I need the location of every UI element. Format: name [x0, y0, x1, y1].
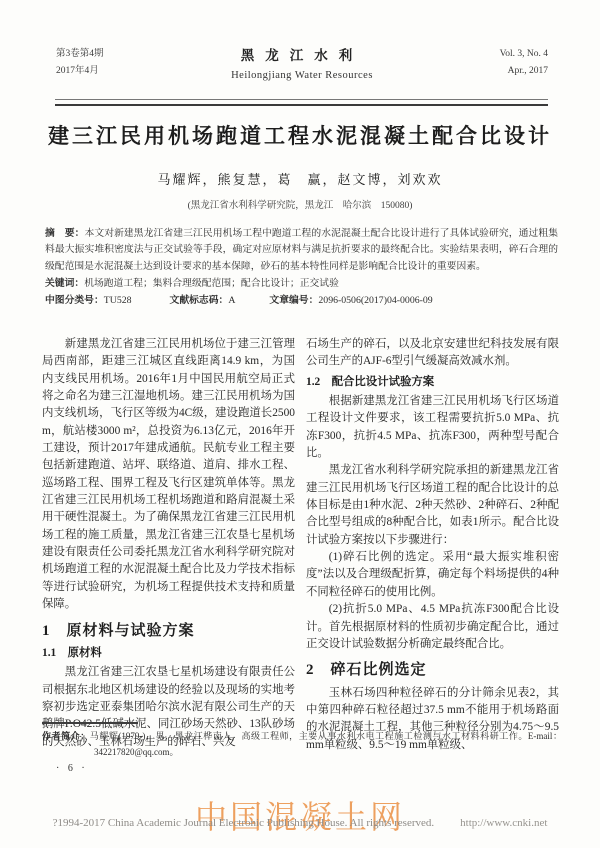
- footnote-divider-rule: [42, 722, 138, 724]
- cnki-url: http://www.cnki.net: [460, 817, 547, 829]
- volume-number-en: Vol. 3, No. 4: [500, 46, 548, 63]
- author-list: 马耀辉，熊复慧，葛 赢，赵文博，刘欢欢: [20, 169, 580, 188]
- cnki-watermark: 中国混凝土网: [0, 792, 600, 838]
- doc-code-value: A: [228, 295, 235, 306]
- design-goal-paragraph: 黑龙江省水利科学研究院承担的新建黑龙江省建三江民用机场飞行区场道工程的配合比设计…: [306, 462, 559, 549]
- article-meta-block: 摘 要：本文对新建黑龙江省建三江民用机场工程中跑道工程的水泥混凝土配合比设计进行…: [45, 226, 558, 309]
- left-column: 新建黑龙江省建三江民用机场位于建三江管理局西南部，距建三江城区直线距离14.9 …: [42, 336, 295, 722]
- keywords-text: 机场跑道工程；集料合理级配范围；配合比设计；正交试验: [84, 278, 339, 289]
- clc-pair: 中图分类号：TU528: [45, 293, 132, 309]
- section-1-heading: 1 原材料与试验方案: [42, 623, 295, 640]
- intro-paragraph: 新建黑龙江省建三江民用机场位于建三江管理局西南部，距建三江城区直线距离14.9 …: [42, 336, 295, 614]
- step-2-paragraph: (2)抗折5.0 MPa、4.5 MPa抗冻F300配合比设计。首先根据原材料的…: [306, 601, 559, 653]
- clc-label: 中图分类号：: [45, 295, 104, 306]
- journal-title-cn: 黑龙江水利: [56, 44, 548, 64]
- article-id-value: 2096-0506(2017)04-0006-09: [318, 295, 432, 306]
- abstract-text: 本文对新建黑龙江省建三江民用机场工程中跑道工程的水泥混凝土配合比设计进行了具体试…: [45, 228, 558, 272]
- volume-info-en: Vol. 3, No. 4 Apr., 2017: [500, 46, 548, 80]
- step-1-paragraph: (1)碎石比例的选定。采用“最大振实堆积密度”法以及合理级配折算，确定每个料场提…: [306, 549, 559, 601]
- doc-code-pair: 文献标志码：A: [170, 293, 236, 309]
- author-bio-footnote: 作者简介：马耀辉(1979-)，男，黑龙江桦南人，高级工程师，主要从事水利水电工…: [42, 729, 562, 760]
- journal-masthead: 第3卷第4期 2017年4月 黑龙江水利 Heilongjiang Water …: [56, 42, 548, 96]
- body-columns: 新建黑龙江省建三江民用机场位于建三江管理局西南部，距建三江城区直线距离14.9 …: [42, 336, 559, 722]
- materials-paragraph-continued: 石场生产的碎石，以及北京安建世纪科技发展有限公司生产的AJF-6型引气缓凝高效减…: [306, 336, 559, 371]
- design-requirements-paragraph: 根据新建黑龙江省建三江民用机场飞行区场道工程设计文件要求，该工程需要抗折5.0 …: [306, 393, 559, 462]
- journal-title-en: Heilongjiang Water Resources: [56, 70, 548, 81]
- keywords-label: 关键词：: [45, 278, 84, 289]
- author-affiliation: (黑龙江省水利科学研究院，黑龙江 哈尔滨 150080): [20, 197, 580, 211]
- author-bio-label: 作者简介：: [42, 731, 90, 741]
- journal-title-block: 黑龙江水利 Heilongjiang Water Resources: [56, 44, 548, 81]
- section-1-1-heading: 1.1 原材料: [42, 645, 295, 662]
- abstract: 摘 要：本文对新建黑龙江省建三江民用机场工程中跑道工程的水泥混凝土配合比设计进行…: [45, 226, 558, 275]
- clc-value: TU528: [104, 295, 132, 306]
- copyright-text: ?1994-2017 China Academic Journal Electr…: [53, 817, 435, 829]
- doc-code-label: 文献标志码：: [170, 295, 229, 306]
- issue-date-en: Apr., 2017: [500, 63, 548, 80]
- article-title: 建三江民用机场跑道工程水泥混凝土配合比设计: [20, 120, 580, 150]
- copyright-line: ?1994-2017 China Academic Journal Electr…: [0, 817, 600, 829]
- author-bio-text: 马耀辉(1979-)，男，黑龙江桦南人，高级工程师，主要从事水利水电工程施工检测…: [90, 731, 562, 757]
- article-id-pair: 文章编号：2096-0506(2017)04-0006-09: [269, 293, 432, 309]
- scanned-paper-page: 第3卷第4期 2017年4月 黑龙江水利 Heilongjiang Water …: [0, 0, 600, 848]
- section-1-2-heading: 1.2 配合比设计试验方案: [306, 374, 559, 391]
- article-id-label: 文章编号：: [269, 295, 318, 306]
- masthead-divider-rule: [55, 99, 548, 106]
- page-number: · 6 ·: [56, 763, 88, 774]
- right-column: 石场生产的碎石，以及北京安建世纪科技发展有限公司生产的AJF-6型引气缓凝高效减…: [306, 336, 559, 722]
- classification-line: 中图分类号：TU528 文献标志码：A 文章编号：2096-0506(2017)…: [45, 293, 558, 309]
- abstract-label: 摘 要：: [45, 228, 84, 239]
- keywords: 关键词：机场跑道工程；集料合理级配范围；配合比设计；正交试验: [45, 276, 558, 292]
- section-2-heading: 2 碎石比例选定: [306, 662, 559, 679]
